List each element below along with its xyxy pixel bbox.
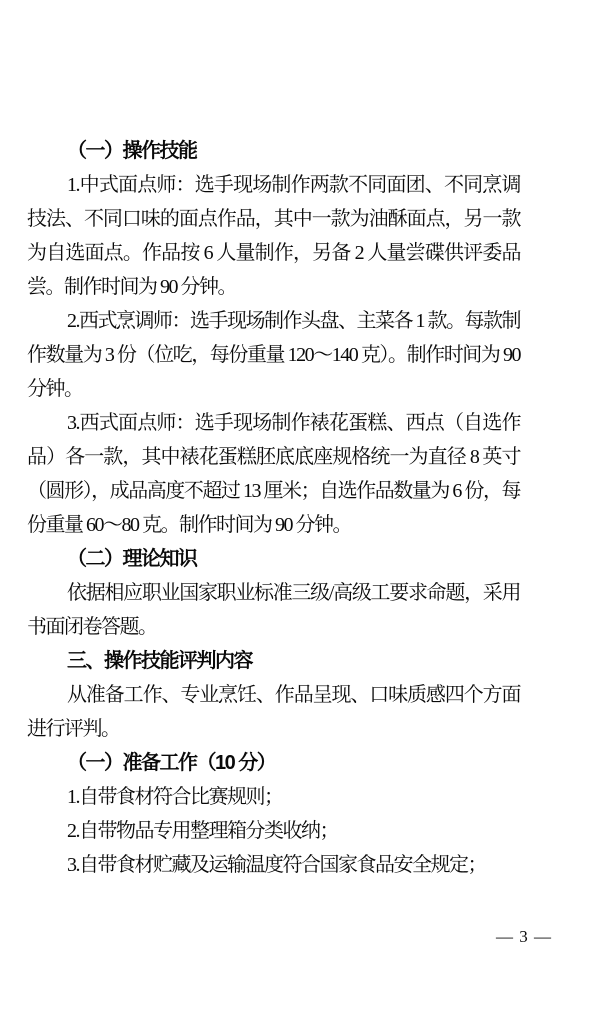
list-item-ingredients-rules: 1.自带食材符合比赛规则； [27,780,520,814]
list-item-storage-box: 2.自带物品专用整理箱分类收纳； [27,814,520,848]
paragraph-judging-aspects: 从准备工作、专业烹饪、作品呈现、口味质感四个方面进行评判。 [27,678,520,746]
section-heading-preparation-work: （一）准备工作（10 分） [27,746,520,780]
paragraph-western-pastry-chef: 3.西式面点师：选手现场制作裱花蛋糕、西点（自选作品）各一款，其中裱花蛋糕胚底底… [27,406,520,542]
section-heading-theory-knowledge: （二）理论知识 [27,542,520,576]
list-item-food-safety: 3.自带食材贮藏及运输温度符合国家食品安全规定； [27,848,520,882]
chapter-heading-skill-judging-content: 三、操作技能评判内容 [27,644,520,678]
page-number: — 3 — [496,927,552,947]
document-body: （一）操作技能 1.中式面点师：选手现场制作两款不同面团、不同烹调技法、不同口味… [27,134,520,882]
paragraph-chinese-pastry-chef: 1.中式面点师：选手现场制作两款不同面团、不同烹调技法、不同口味的面点作品，其中… [27,168,520,304]
document-page: （一）操作技能 1.中式面点师：选手现场制作两款不同面团、不同烹调技法、不同口味… [0,0,600,1027]
paragraph-theory-exam: 依据相应职业国家职业标准三级/高级工要求命题，采用书面闭卷答题。 [27,576,520,644]
paragraph-western-cuisine-chef: 2.西式烹调师：选手现场制作头盘、主菜各 1 款。每款制作数量为 3 份（位吃，… [27,304,520,406]
section-heading-operation-skills: （一）操作技能 [27,134,520,168]
